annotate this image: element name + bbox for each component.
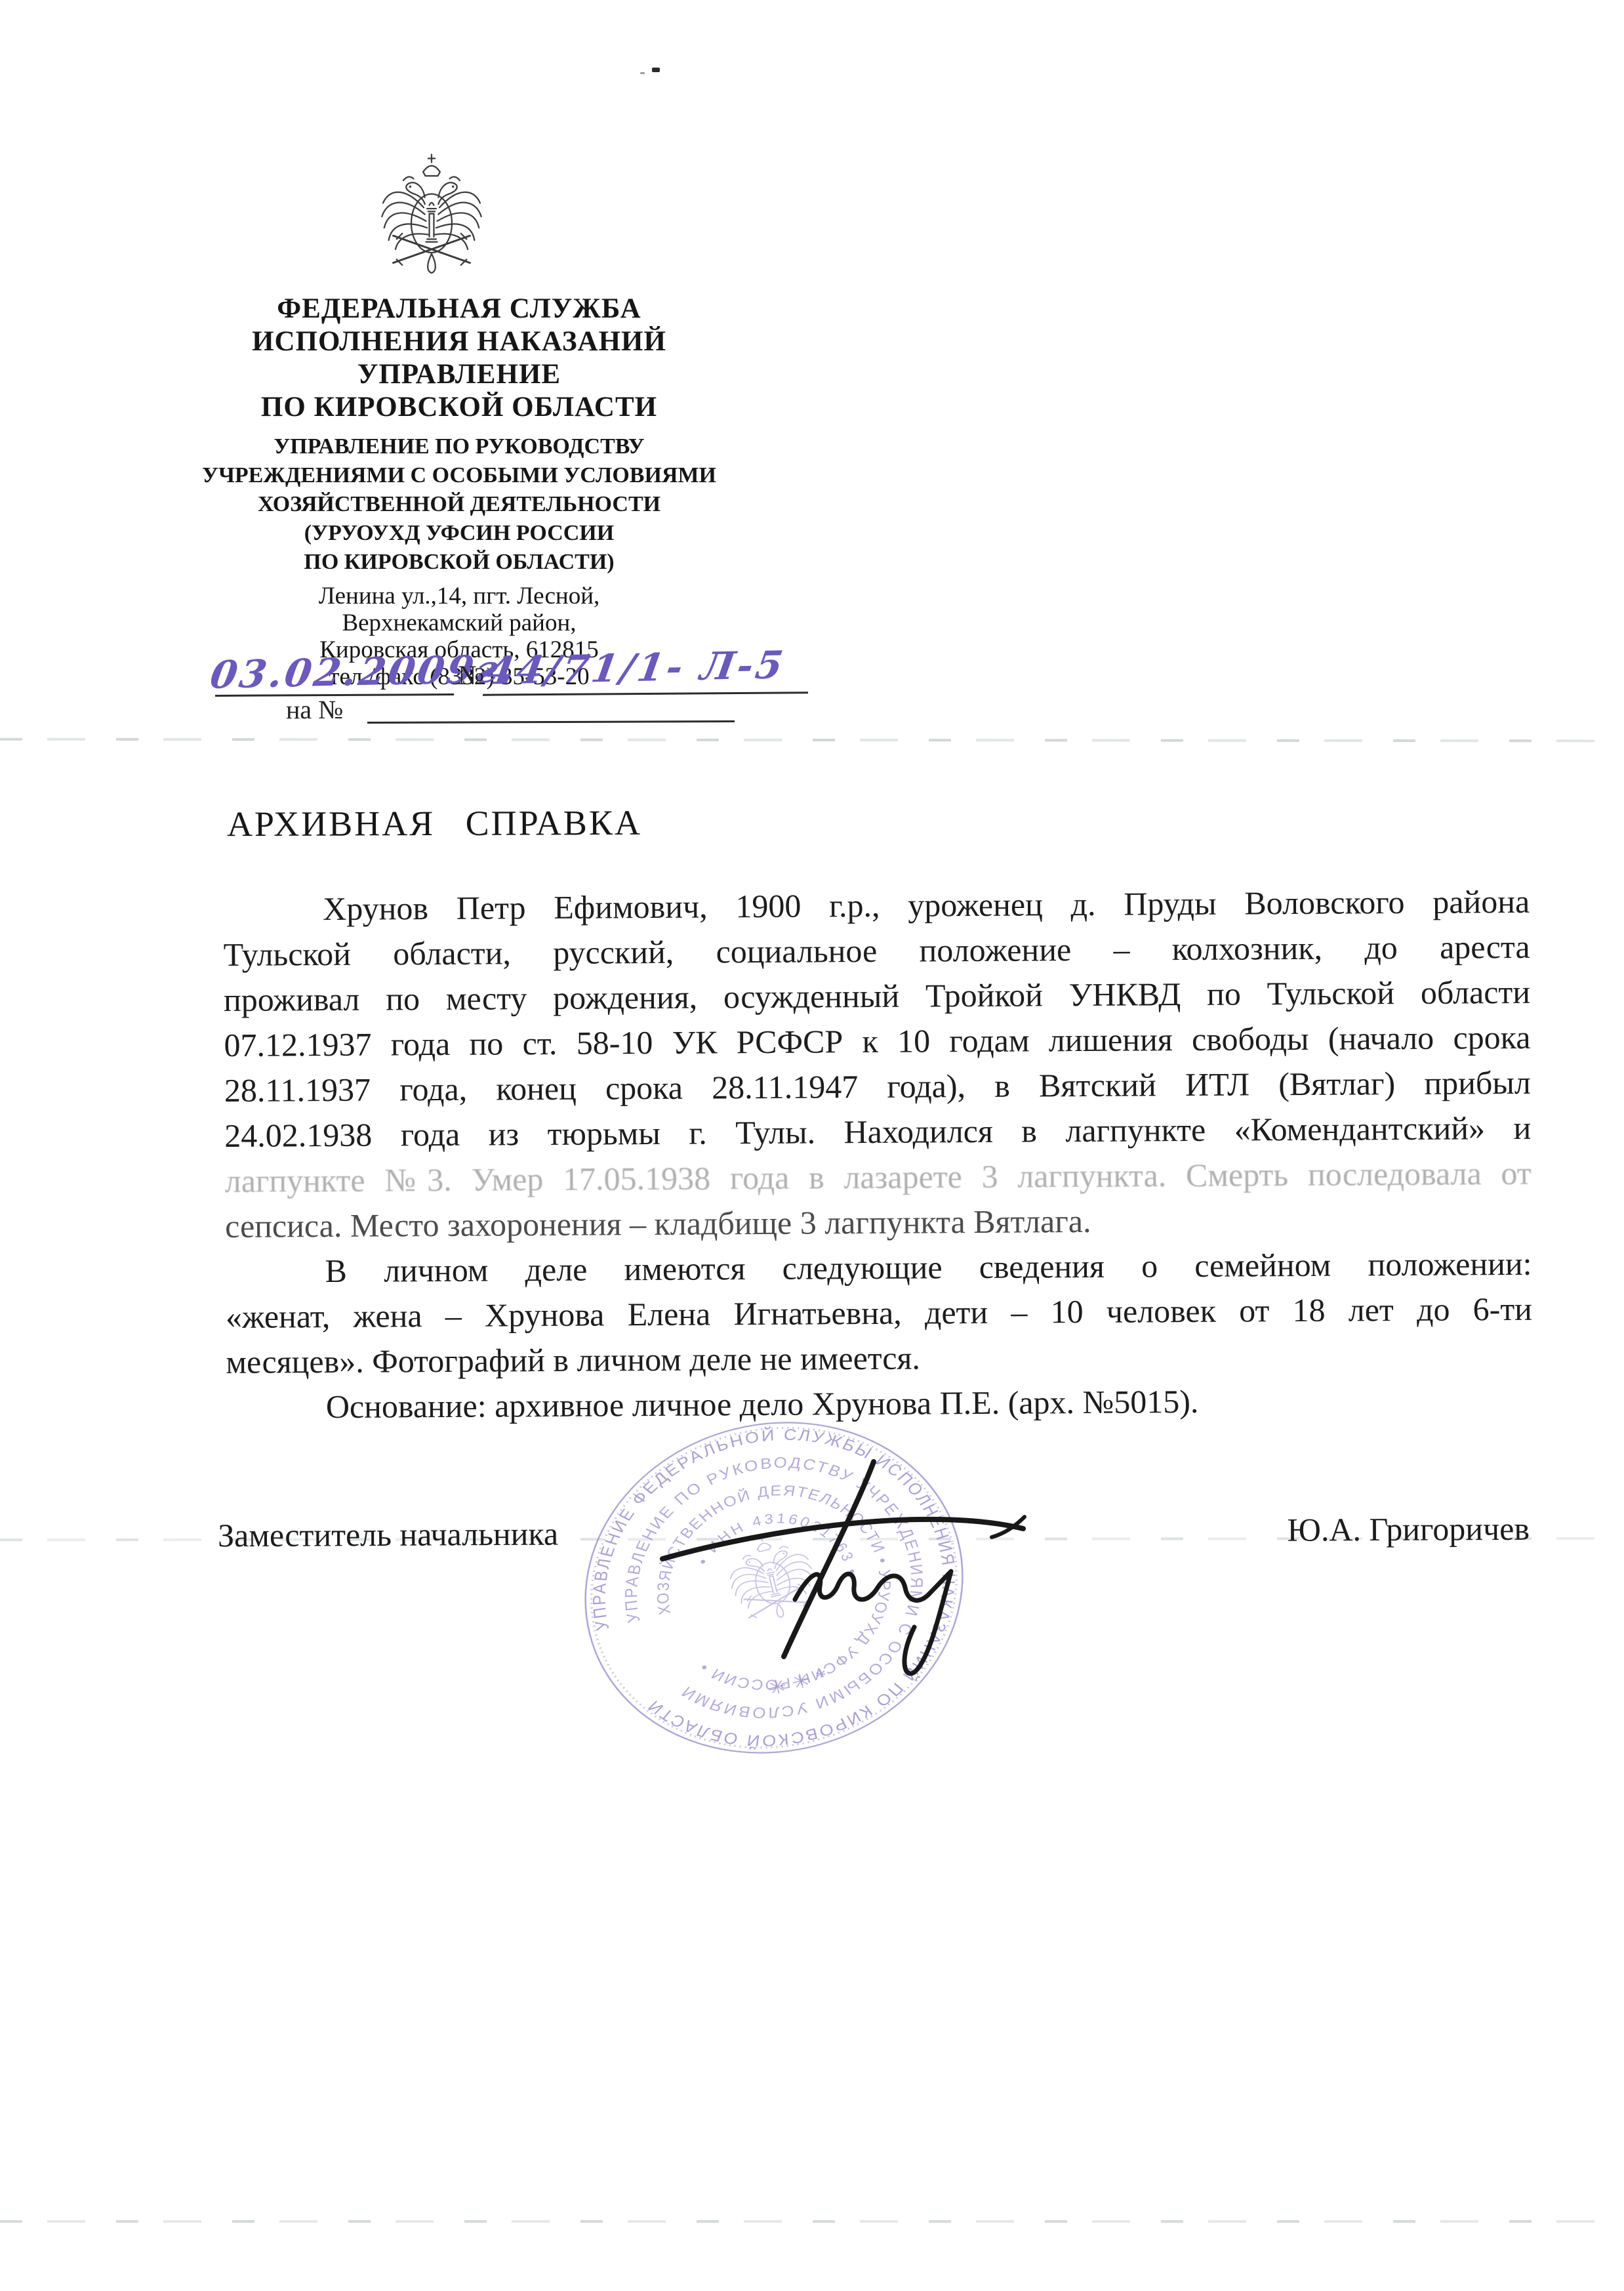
number-underline bbox=[483, 691, 808, 695]
scan-artifact-line bbox=[0, 2220, 1624, 2223]
scan-speck bbox=[640, 72, 645, 74]
handwritten-outgoing-number: 44/71/1- Л-5 bbox=[484, 642, 788, 693]
body-line: Тульской области, русский, социальное по… bbox=[223, 924, 1530, 978]
body-line: 07.12.1937 года по ст. 58-10 УК РСФСР к … bbox=[224, 1015, 1530, 1068]
signer-name: Ю.А. Григоричев bbox=[1287, 1510, 1530, 1549]
body-line: 24.02.1938 года из тюрьмы г. Тулы. Наход… bbox=[224, 1105, 1531, 1159]
body-line: проживал по месту рождения, осужденный Т… bbox=[224, 970, 1530, 1023]
in-reply-to-label: на № bbox=[286, 694, 343, 725]
body-line: месяцев». Фотографий в личном деле не им… bbox=[226, 1332, 1532, 1385]
number-sign-label: № bbox=[458, 660, 484, 691]
body-line: 28.11.1937 года, конец срока 28.11.1947 … bbox=[224, 1060, 1531, 1113]
signature-scrawl bbox=[623, 1430, 1043, 1706]
org-subname-line: ХОЗЯЙСТВЕННОЙ ДЕЯТЕЛЬНОСТИ bbox=[164, 490, 754, 519]
org-subname-line: УПРАВЛЕНИЕ ПО РУКОВОДСТВУ bbox=[164, 432, 754, 461]
org-subname-line: ПО КИРОВСКОЙ ОБЛАСТИ) bbox=[164, 548, 754, 577]
fsin-eagle-emblem bbox=[375, 151, 488, 287]
document-body: Хрунов Петр Ефимович, 1900 г.р., урожене… bbox=[223, 879, 1533, 1430]
scan-artifact-line bbox=[0, 738, 1624, 743]
org-name-line: ФЕДЕРАЛЬНАЯ СЛУЖБА bbox=[164, 293, 754, 325]
body-line: сепсиса. Место захоронения – кладбище 3 … bbox=[225, 1196, 1532, 1249]
letterhead: ФЕДЕРАЛЬНАЯ СЛУЖБА ИСПОЛНЕНИЯ НАКАЗАНИЙ … bbox=[164, 293, 754, 690]
document-title: АРХИВНАЯ СПРАВКА bbox=[227, 802, 642, 844]
body-line: «женат, жена – Хрунова Елена Игнатьевна,… bbox=[226, 1287, 1532, 1340]
org-subname-line: (УРУОУХД УФСИН РОССИИ bbox=[164, 519, 754, 548]
body-line-faded: лагпункте №3. Умер 17.05.1938 года в лаз… bbox=[225, 1151, 1532, 1204]
scan-speck bbox=[652, 68, 660, 72]
in-reply-underline bbox=[367, 720, 735, 724]
body-line: В личном деле имеются следующие сведения… bbox=[225, 1241, 1532, 1294]
address-line: Ленина ул.,14, пгт. Лесной, bbox=[164, 583, 754, 609]
org-name-line: УПРАВЛЕНИЕ bbox=[164, 358, 754, 391]
signer-position: Заместитель начальника bbox=[218, 1515, 558, 1555]
archival-certificate-page: ФЕДЕРАЛЬНАЯ СЛУЖБА ИСПОЛНЕНИЯ НАКАЗАНИЙ … bbox=[0, 0, 1624, 2291]
address-line: Верхнекамский район, bbox=[164, 609, 754, 636]
body-line: Хрунов Петр Ефимович, 1900 г.р., урожене… bbox=[223, 879, 1530, 932]
org-subname-line: УЧРЕЖДЕНИЯМИ С ОСОБЫМИ УСЛОВИЯМИ bbox=[164, 461, 754, 490]
org-name-line: ИСПОЛНЕНИЯ НАКАЗАНИЙ bbox=[164, 325, 754, 358]
org-name-line: ПО КИРОВСКОЙ ОБЛАСТИ bbox=[164, 391, 754, 424]
